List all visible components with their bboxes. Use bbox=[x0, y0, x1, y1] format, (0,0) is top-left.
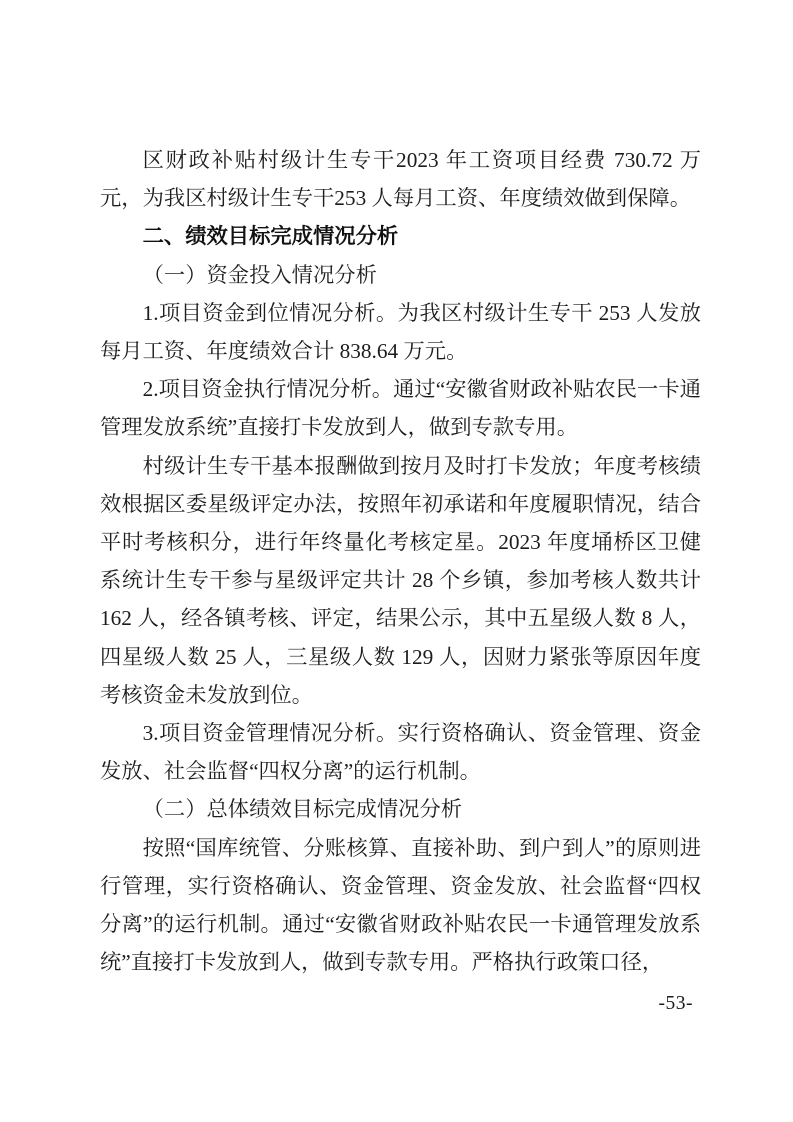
paragraph: 3.项目资金管理情况分析。实行资格确认、资金管理、资金发放、社会监督“四权分离”… bbox=[100, 714, 701, 790]
paragraph: 区财政补贴村级计生专干2023 年工资项目经费 730.72 万元，为我区村级计… bbox=[100, 141, 701, 217]
paragraph: 按照“国库统管、分账核算、直接补助、到户到人”的原则进行管理，实行资格确认、资金… bbox=[100, 829, 701, 982]
paragraph: 村级计生专干基本报酬做到按月及时打卡发放；年度考核绩效根据区委星级评定办法，按照… bbox=[100, 447, 701, 714]
subsection-heading: （二）总体绩效目标完成情况分析 bbox=[100, 790, 701, 828]
page-number: -53- bbox=[659, 993, 694, 1015]
section-heading: 二、绩效目标完成情况分析 bbox=[100, 217, 701, 255]
subsection-heading: （一）资金投入情况分析 bbox=[100, 256, 701, 294]
paragraph: 2.项目资金执行情况分析。通过“安徽省财政补贴农民一卡通管理发放系统”直接打卡发… bbox=[100, 370, 701, 446]
paragraph: 1.项目资金到位情况分析。为我区村级计生专干 253 人发放每月工资、年度绩效合… bbox=[100, 294, 701, 370]
document-page: { "page": { "background": "#ffffff", "te… bbox=[0, 0, 793, 1122]
document-body: 区财政补贴村级计生专干2023 年工资项目经费 730.72 万元，为我区村级计… bbox=[100, 141, 701, 981]
page-background: 区财政补贴村级计生专干2023 年工资项目经费 730.72 万元，为我区村级计… bbox=[0, 0, 793, 1122]
